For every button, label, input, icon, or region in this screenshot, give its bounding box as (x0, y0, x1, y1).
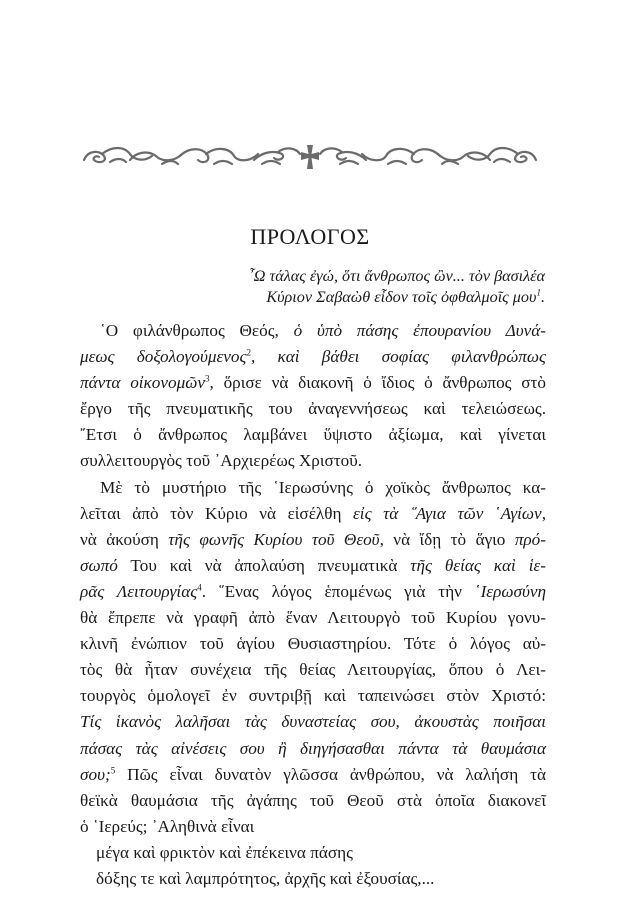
paragraph-line: Μὲ τὸ μυστήριο τῆς ῾Ιερωσύνης ὁ χοϊκὸς ἄ… (80, 475, 546, 501)
paragraph-line: ἔργο τῆς πνευματικῆς του ἀναγεννήσεως κα… (80, 396, 546, 422)
paragraph-line: τουργὸς ὁμολογεῖ ἐν συντριβῇ καὶ ταπεινώ… (80, 683, 546, 709)
paragraph-line: νὰ ἀκούση τῆς φωνῆς Κυρίου τοῦ Θεοῦ, νὰ … (80, 527, 546, 553)
body-text: ῾Ο φιλάνθρωπος Θεός, ὁ ὑπὸ πάσης ἐπουραν… (80, 318, 546, 892)
paragraph-line: λεῖται ἀπὸ τὸν Κύριο νὰ εἰσέλθη εἰς τὰ ῞… (80, 501, 546, 527)
paragraph-line: σου;5 Πῶς εἶναι δυνατὸν γλῶσσα ἀνθρώπου,… (80, 762, 546, 788)
verse-line: μέγα καὶ φρικτὸν καὶ ἐπέκεινα πάσης (80, 840, 546, 866)
paragraph-line: τὸς θὰ ἦταν συνέχεια τῆς θείας Λειτουργί… (80, 657, 546, 683)
paragraph-line: θεϊκὰ θαυμάσια τῆς ἀγάπης τοῦ Θεοῦ στὰ ὁ… (80, 788, 546, 814)
page-title: ΠΡΟΛΟΓΟΣ (0, 224, 620, 250)
paragraph-line: κλινῆ ἐνώπιον τοῦ ἁγίου Θυσιαστηρίου. Τό… (80, 631, 546, 657)
paragraph-line: θὰ ἔπρεπε νὰ γραφῆ ἀπὸ ἕναν Λειτουργὸ το… (80, 605, 546, 631)
paragraph-line: ρᾶς Λειτουργίας4. ῞Ενας λόγος ἑπομένως γ… (80, 579, 546, 605)
paragraph-line: ὁ ῾Ιερεύς; ᾿Αληθινὰ εἶναι (80, 814, 546, 840)
paragraph-line: πάντα οἰκονομῶν3, ὅρισε νὰ διακονῆ ὁ ἴδι… (80, 370, 546, 396)
decorative-header-ornament (82, 142, 538, 172)
paragraph-line: ῾Ο φιλάνθρωπος Θεός, ὁ ὑπὸ πάσης ἐπουραν… (80, 318, 546, 344)
epigraph-line: ῏Ω τάλας ἐγώ, ὅτι ἄνθρωπος ὢν... τὸν βασ… (150, 266, 545, 287)
paragraph-line: ῎Ετσι ὁ ἄνθρωπος λαμβάνει ὕψιστο ἀξίωμα,… (80, 422, 546, 448)
epigraph-line: Κύριον Σαβαὼθ εἶδον τοῖς ὀφθαλμοῖς μου1. (150, 287, 545, 308)
verse-line: δόξης τε καὶ λαμπρότητος, ἀρχῆς καὶ ἐξου… (80, 866, 546, 892)
byzantine-scroll-with-cross-icon (82, 142, 538, 172)
paragraph-line-quote: Τίς ἱκανὸς λαλῆσαι τὰς δυναστείας σου, ἀ… (80, 709, 546, 735)
epigraph-quote: ῏Ω τάλας ἐγώ, ὅτι ἄνθρωπος ὢν... τὸν βασ… (150, 266, 545, 308)
paragraph-line-quote: πάσας τὰς αἰνέσεις σου ἢ διηγήσασθαι πάν… (80, 736, 546, 762)
paragraph-line: συλλειτουργὸς τοῦ ᾿Αρχιερέως Χριστοῦ. (80, 448, 546, 474)
paragraph-line: μεως δοξολογούμενος2, καὶ βάθει σοφίας φ… (80, 344, 546, 370)
paragraph-line: σωπό Του καὶ νὰ ἀπολαύση πνευματικὰ τῆς … (80, 553, 546, 579)
